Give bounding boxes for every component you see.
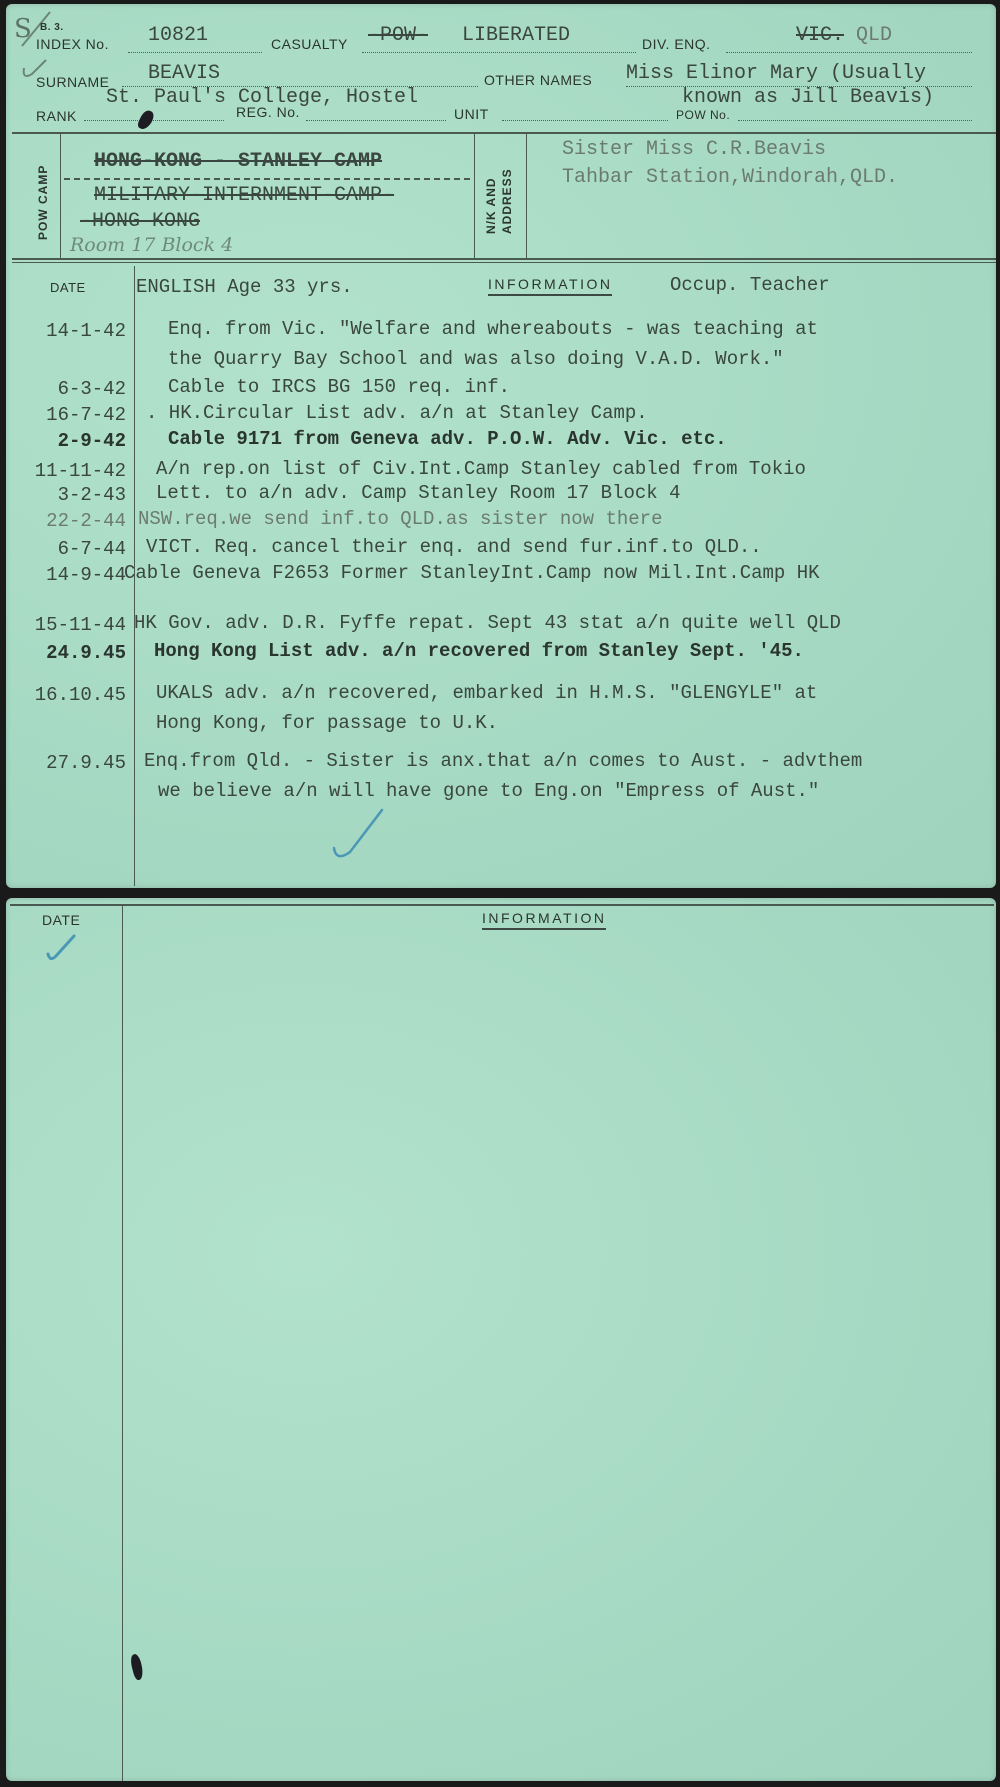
back-information-header: INFORMATION xyxy=(482,910,606,930)
pow-no-label: POW No. xyxy=(676,108,730,122)
entry-date: 14-9-44 xyxy=(46,564,126,586)
pow-camp-handwritten-note: Room 17 Block 4 xyxy=(70,234,233,256)
entry-date: 16-7-42 xyxy=(46,404,126,426)
entry-date: 6-7-44 xyxy=(58,538,126,560)
index-card-front: S B. 3. INDEX No. 10821 CASUALTY -POW- L… xyxy=(6,4,996,888)
index-card-back: DATE INFORMATION xyxy=(6,898,996,1781)
other-names-line1: Miss Elinor Mary (Usually xyxy=(626,62,926,85)
entry-text: Enq.from Qld. - Sister is anx.that a/n c… xyxy=(144,748,862,774)
nk-address-line2: Tahbar Station,Windorah,QLD. xyxy=(562,166,898,189)
nk-address-label-2: ADDRESS xyxy=(500,168,514,234)
blue-check-mark-icon xyxy=(328,804,388,864)
entry-text: the Quarry Bay School and was also doing… xyxy=(168,346,784,372)
surname-value: BEAVIS xyxy=(148,62,220,85)
entry-text: Hong Kong, for passage to U.K. xyxy=(156,710,498,736)
entry-text: UKALS adv. a/n recovered, embarked in H.… xyxy=(156,680,817,706)
unit-label: UNIT xyxy=(454,106,489,122)
entry-text: VICT. Req. cancel their enq. and send fu… xyxy=(146,534,762,560)
div-enq-label: DIV. ENQ. xyxy=(642,36,711,52)
entry-date: 3-2-43 xyxy=(58,484,126,506)
entry-date: 15-11-44 xyxy=(35,614,126,636)
entry-text: NSW.req.we send inf.to QLD.as sister now… xyxy=(138,506,663,532)
casualty-value: LIBERATED xyxy=(462,24,570,47)
pow-camp-line-2: MILITARY-INTERNMENT-CAMP- xyxy=(94,184,394,207)
ink-blot xyxy=(129,1653,145,1681)
form-code: B. 3. xyxy=(40,22,64,33)
div-enq-value: QLD xyxy=(856,24,892,47)
nationality-age: ENGLISH Age 33 yrs. xyxy=(136,276,353,298)
entry-text: Enq. from Vic. "Welfare and whereabouts … xyxy=(168,316,818,342)
index-value: 10821 xyxy=(148,24,208,47)
entry-text: we believe a/n will have gone to Eng.on … xyxy=(158,778,819,804)
div-enq-struck-value: VIC. xyxy=(796,24,844,47)
entry-date: 11-11-42 xyxy=(35,460,126,482)
entry-text: HK Gov. adv. D.R. Fyffe repat. Sept 43 s… xyxy=(134,610,841,636)
entry-text: A/n rep.on list of Civ.Int.Camp Stanley … xyxy=(156,456,806,482)
entry-text: Cable 9171 from Geneva adv. P.O.W. Adv. … xyxy=(168,426,727,452)
information-header: INFORMATION xyxy=(488,276,612,296)
casualty-struck-value: -POW- xyxy=(368,24,428,47)
entry-text: . HK.Circular List adv. a/n at Stanley C… xyxy=(146,400,648,426)
surname-label: SURNAME xyxy=(36,74,110,90)
back-date-header: DATE xyxy=(42,912,80,928)
index-label: INDEX No. xyxy=(36,36,109,52)
entry-text: Lett. to a/n adv. Camp Stanley Room 17 B… xyxy=(156,480,681,506)
pow-camp-line-1: HONG-KONG - STANLEY CAMP xyxy=(94,150,382,173)
other-names-line2: known as Jill Beavis) xyxy=(682,86,934,109)
rank-label: RANK xyxy=(36,108,77,124)
other-names-label: OTHER NAMES xyxy=(484,72,592,88)
entry-text: Hong Kong List adv. a/n recovered from S… xyxy=(154,638,804,664)
nk-address-label-1: N/K AND xyxy=(484,177,498,234)
entry-date: 2-9-42 xyxy=(58,430,126,452)
pow-camp-line-3: -HONG KONG xyxy=(80,210,200,233)
casualty-label: CASUALTY xyxy=(271,36,348,52)
entry-date: 16.10.45 xyxy=(35,684,126,706)
entry-date: 24.9.45 xyxy=(46,642,126,664)
entry-text: Cable Geneva F2653 Former StanleyInt.Cam… xyxy=(124,560,820,586)
entry-date: 6-3-42 xyxy=(58,378,126,400)
entry-date: 22-2-44 xyxy=(46,510,126,532)
reg-no-label: REG. No. xyxy=(236,104,300,120)
entry-date: 27.9.45 xyxy=(46,752,126,774)
entry-text: Cable to IRCS BG 150 req. inf. xyxy=(168,374,510,400)
entry-date: 14-1-42 xyxy=(46,320,126,342)
date-header: DATE xyxy=(50,280,86,295)
occupation: Occup. Teacher xyxy=(670,274,830,296)
nk-address-line1: Sister Miss C.R.Beavis xyxy=(562,138,826,161)
blue-check-mark-icon xyxy=(44,932,78,962)
pow-camp-label: POW CAMP xyxy=(36,165,50,240)
